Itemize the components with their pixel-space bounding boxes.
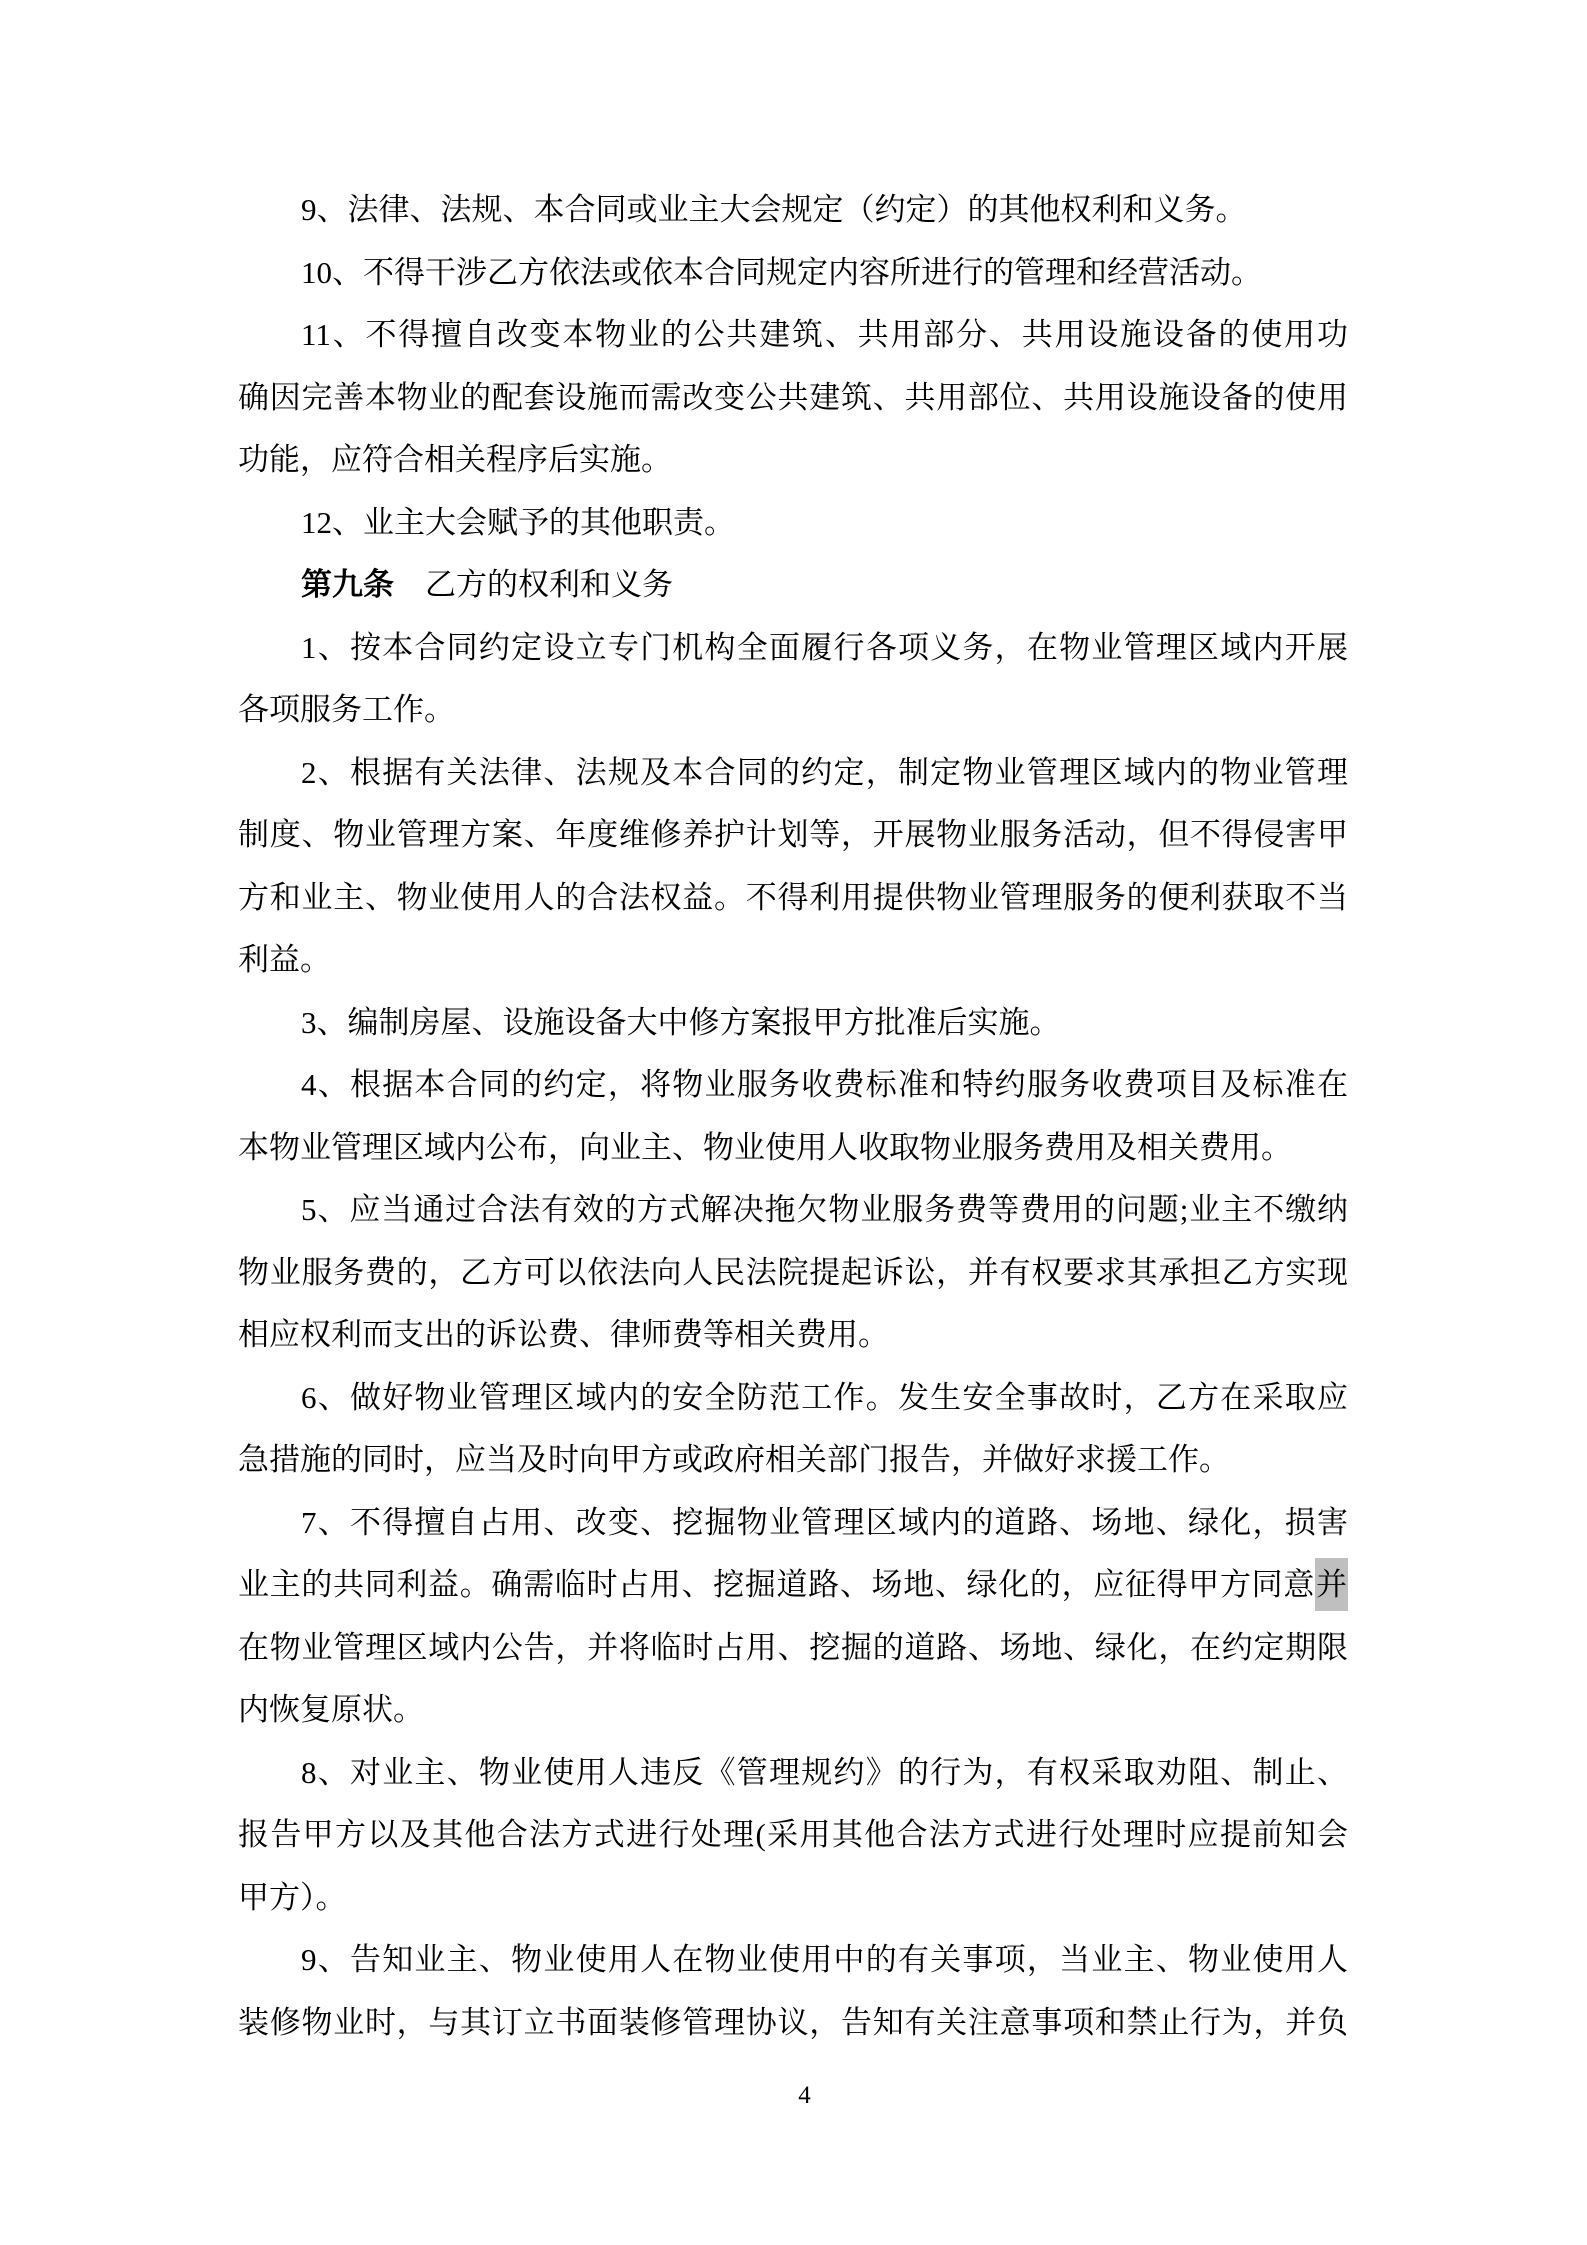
section-heading-line: 第九条 乙方的权利和义务 xyxy=(238,554,1348,617)
clause-item-11: 11、不得擅自改变本物业的公共建筑、共用部分、共用设施设备的使用功能， xyxy=(238,304,1348,367)
text-run: 相应权利而支出的诉讼费、律师费等相关费用。 xyxy=(238,1317,889,1352)
highlighted-text: 并 xyxy=(1315,1558,1348,1611)
text-run: 9、法律、法规、本合同或业主大会规定（约定）的其他权利和义务。 xyxy=(301,192,1247,227)
text-run: 急措施的同时，应当及时向甲方或政府相关部门报告，并做好求援工作。 xyxy=(238,1442,1230,1477)
clause-item-9b: 9、告知业主、物业使用人在物业使用中的有关事项，当业主、物业使用人 xyxy=(238,1929,1348,1992)
text-run: 5、应当通过合法有效的方式解决拖欠物业服务费等费用的问题;业主不缴纳 xyxy=(301,1192,1348,1227)
text-run: 物业服务费的，乙方可以依法向人民法院提起诉讼，并有权要求其承担乙方实现 xyxy=(238,1255,1348,1290)
clause-heading-number: 第九条 xyxy=(301,567,394,602)
text-run: 功能，应符合相关程序后实施。 xyxy=(238,442,672,477)
text-run: 10、不得干涉乙方依法或依本合同规定内容所进行的管理和经营活动。 xyxy=(301,255,1262,290)
text-line: 各项服务工作。 xyxy=(238,679,1348,742)
clause-item-2: 2、根据有关法律、法规及本合同的约定，制定物业管理区域内的物业管理 xyxy=(238,742,1348,805)
text-run: 本物业管理区域内公布，向业主、物业使用人收取物业服务费用及相关费用。 xyxy=(238,1130,1292,1165)
clause-item-1: 1、按本合同约定设立专门机构全面履行各项义务，在物业管理区域内开展 xyxy=(238,617,1348,680)
clause-item-9: 9、法律、法规、本合同或业主大会规定（约定）的其他权利和义务。 xyxy=(238,179,1348,242)
text-line: 本物业管理区域内公布，向业主、物业使用人收取物业服务费用及相关费用。 xyxy=(238,1117,1348,1180)
clause-item-12: 12、业主大会赋予的其他职责。 xyxy=(238,492,1348,555)
text-run: 3、编制房屋、设施设备大中修方案报甲方批准后实施。 xyxy=(301,1005,1061,1040)
text-line: 在物业管理区域内公告，并将临时占用、挖掘的道路、场地、绿化，在约定期限 xyxy=(238,1617,1348,1680)
clause-item-4: 4、根据本合同的约定，将物业服务收费标准和特约服务收费项目及标准在 xyxy=(238,1054,1348,1117)
text-run: 业主的共同利益。确需临时占用、挖掘道路、场地、绿化的，应征得甲方同意 xyxy=(238,1567,1315,1602)
page-number: 4 xyxy=(798,2082,811,2109)
text-line: 物业服务费的，乙方可以依法向人民法院提起诉讼，并有权要求其承担乙方实现 xyxy=(238,1242,1348,1305)
text-run: 12、业主大会赋予的其他职责。 xyxy=(301,505,735,540)
clause-item-8: 8、对业主、物业使用人违反《管理规约》的行为，有权采取劝阻、制止、 xyxy=(238,1742,1348,1805)
text-run: 确因完善本物业的配套设施而需改变公共建筑、共用部位、共用设施设备的使用 xyxy=(238,380,1348,415)
text-run: 乙方的权利和义务 xyxy=(394,567,673,602)
text-line: 方和业主、物业使用人的合法权益。不得利用提供物业管理服务的便利获取不当 xyxy=(238,867,1348,930)
clause-item-3: 3、编制房屋、设施设备大中修方案报甲方批准后实施。 xyxy=(238,992,1348,1055)
text-line: 急措施的同时，应当及时向甲方或政府相关部门报告，并做好求援工作。 xyxy=(238,1429,1348,1492)
clause-item-5: 5、应当通过合法有效的方式解决拖欠物业服务费等费用的问题;业主不缴纳 xyxy=(238,1179,1348,1242)
text-run: 在物业管理区域内公告，并将临时占用、挖掘的道路、场地、绿化，在约定期限 xyxy=(238,1630,1348,1665)
text-run: 甲方）。 xyxy=(238,1880,347,1915)
text-run: 8、对业主、物业使用人违反《管理规约》的行为，有权采取劝阻、制止、 xyxy=(301,1755,1348,1790)
text-run: 方和业主、物业使用人的合法权益。不得利用提供物业管理服务的便利获取不当 xyxy=(238,880,1348,915)
text-line: 功能，应符合相关程序后实施。 xyxy=(238,429,1348,492)
text-run: 11、不得擅自改变本物业的公共建筑、共用部分、共用设施设备的使用功能， xyxy=(301,317,1348,367)
text-run: 各项服务工作。 xyxy=(238,692,455,727)
text-line: 内恢复原状。 xyxy=(238,1679,1348,1742)
text-line: 利益。 xyxy=(238,929,1348,992)
text-run: 制度、物业管理方案、年度维修养护计划等，开展物业服务活动，但不得侵害甲 xyxy=(238,817,1348,852)
clause-item-6: 6、做好物业管理区域内的安全防范工作。发生安全事故时，乙方在采取应 xyxy=(238,1367,1348,1430)
text-run: 1、按本合同约定设立专门机构全面履行各项义务，在物业管理区域内开展 xyxy=(301,630,1348,665)
text-run: 利益。 xyxy=(238,942,331,977)
text-run: 报告甲方以及其他合法方式进行处理(采用其他合法方式进行处理时应提前知会 xyxy=(238,1817,1348,1852)
clause-item-7: 7、不得擅自占用、改变、挖掘物业管理区域内的道路、场地、绿化，损害 xyxy=(238,1492,1348,1555)
page-footer: 4 xyxy=(0,2074,1587,2118)
text-run: 装修物业时，与其订立书面装修管理协议，告知有关注意事项和禁止行为，并负 xyxy=(238,2005,1348,2040)
text-run: 6、做好物业管理区域内的安全防范工作。发生安全事故时，乙方在采取应 xyxy=(301,1380,1348,1415)
text-line: 业主的共同利益。确需临时占用、挖掘道路、场地、绿化的，应征得甲方同意并 xyxy=(238,1554,1348,1617)
text-line: 确因完善本物业的配套设施而需改变公共建筑、共用部位、共用设施设备的使用 xyxy=(238,367,1348,430)
text-line: 装修物业时，与其订立书面装修管理协议，告知有关注意事项和禁止行为，并负 xyxy=(238,1992,1348,2055)
text-line: 制度、物业管理方案、年度维修养护计划等，开展物业服务活动，但不得侵害甲 xyxy=(238,804,1348,867)
document-page: 9、法律、法规、本合同或业主大会规定（约定）的其他权利和义务。10、不得干涉乙方… xyxy=(0,0,1587,2245)
text-line: 报告甲方以及其他合法方式进行处理(采用其他合法方式进行处理时应提前知会 xyxy=(238,1804,1348,1867)
text-run: 2、根据有关法律、法规及本合同的约定，制定物业管理区域内的物业管理 xyxy=(301,755,1348,790)
text-run: 4、根据本合同的约定，将物业服务收费标准和特约服务收费项目及标准在 xyxy=(301,1067,1348,1102)
text-run: 9、告知业主、物业使用人在物业使用中的有关事项，当业主、物业使用人 xyxy=(301,1942,1348,1977)
text-run: 7、不得擅自占用、改变、挖掘物业管理区域内的道路、场地、绿化，损害 xyxy=(301,1505,1348,1540)
text-run: 内恢复原状。 xyxy=(238,1692,424,1727)
document-body: 9、法律、法规、本合同或业主大会规定（约定）的其他权利和义务。10、不得干涉乙方… xyxy=(238,179,1348,2054)
clause-item-10: 10、不得干涉乙方依法或依本合同规定内容所进行的管理和经营活动。 xyxy=(238,242,1348,305)
text-line: 甲方）。 xyxy=(238,1867,1348,1930)
text-line: 相应权利而支出的诉讼费、律师费等相关费用。 xyxy=(238,1304,1348,1367)
